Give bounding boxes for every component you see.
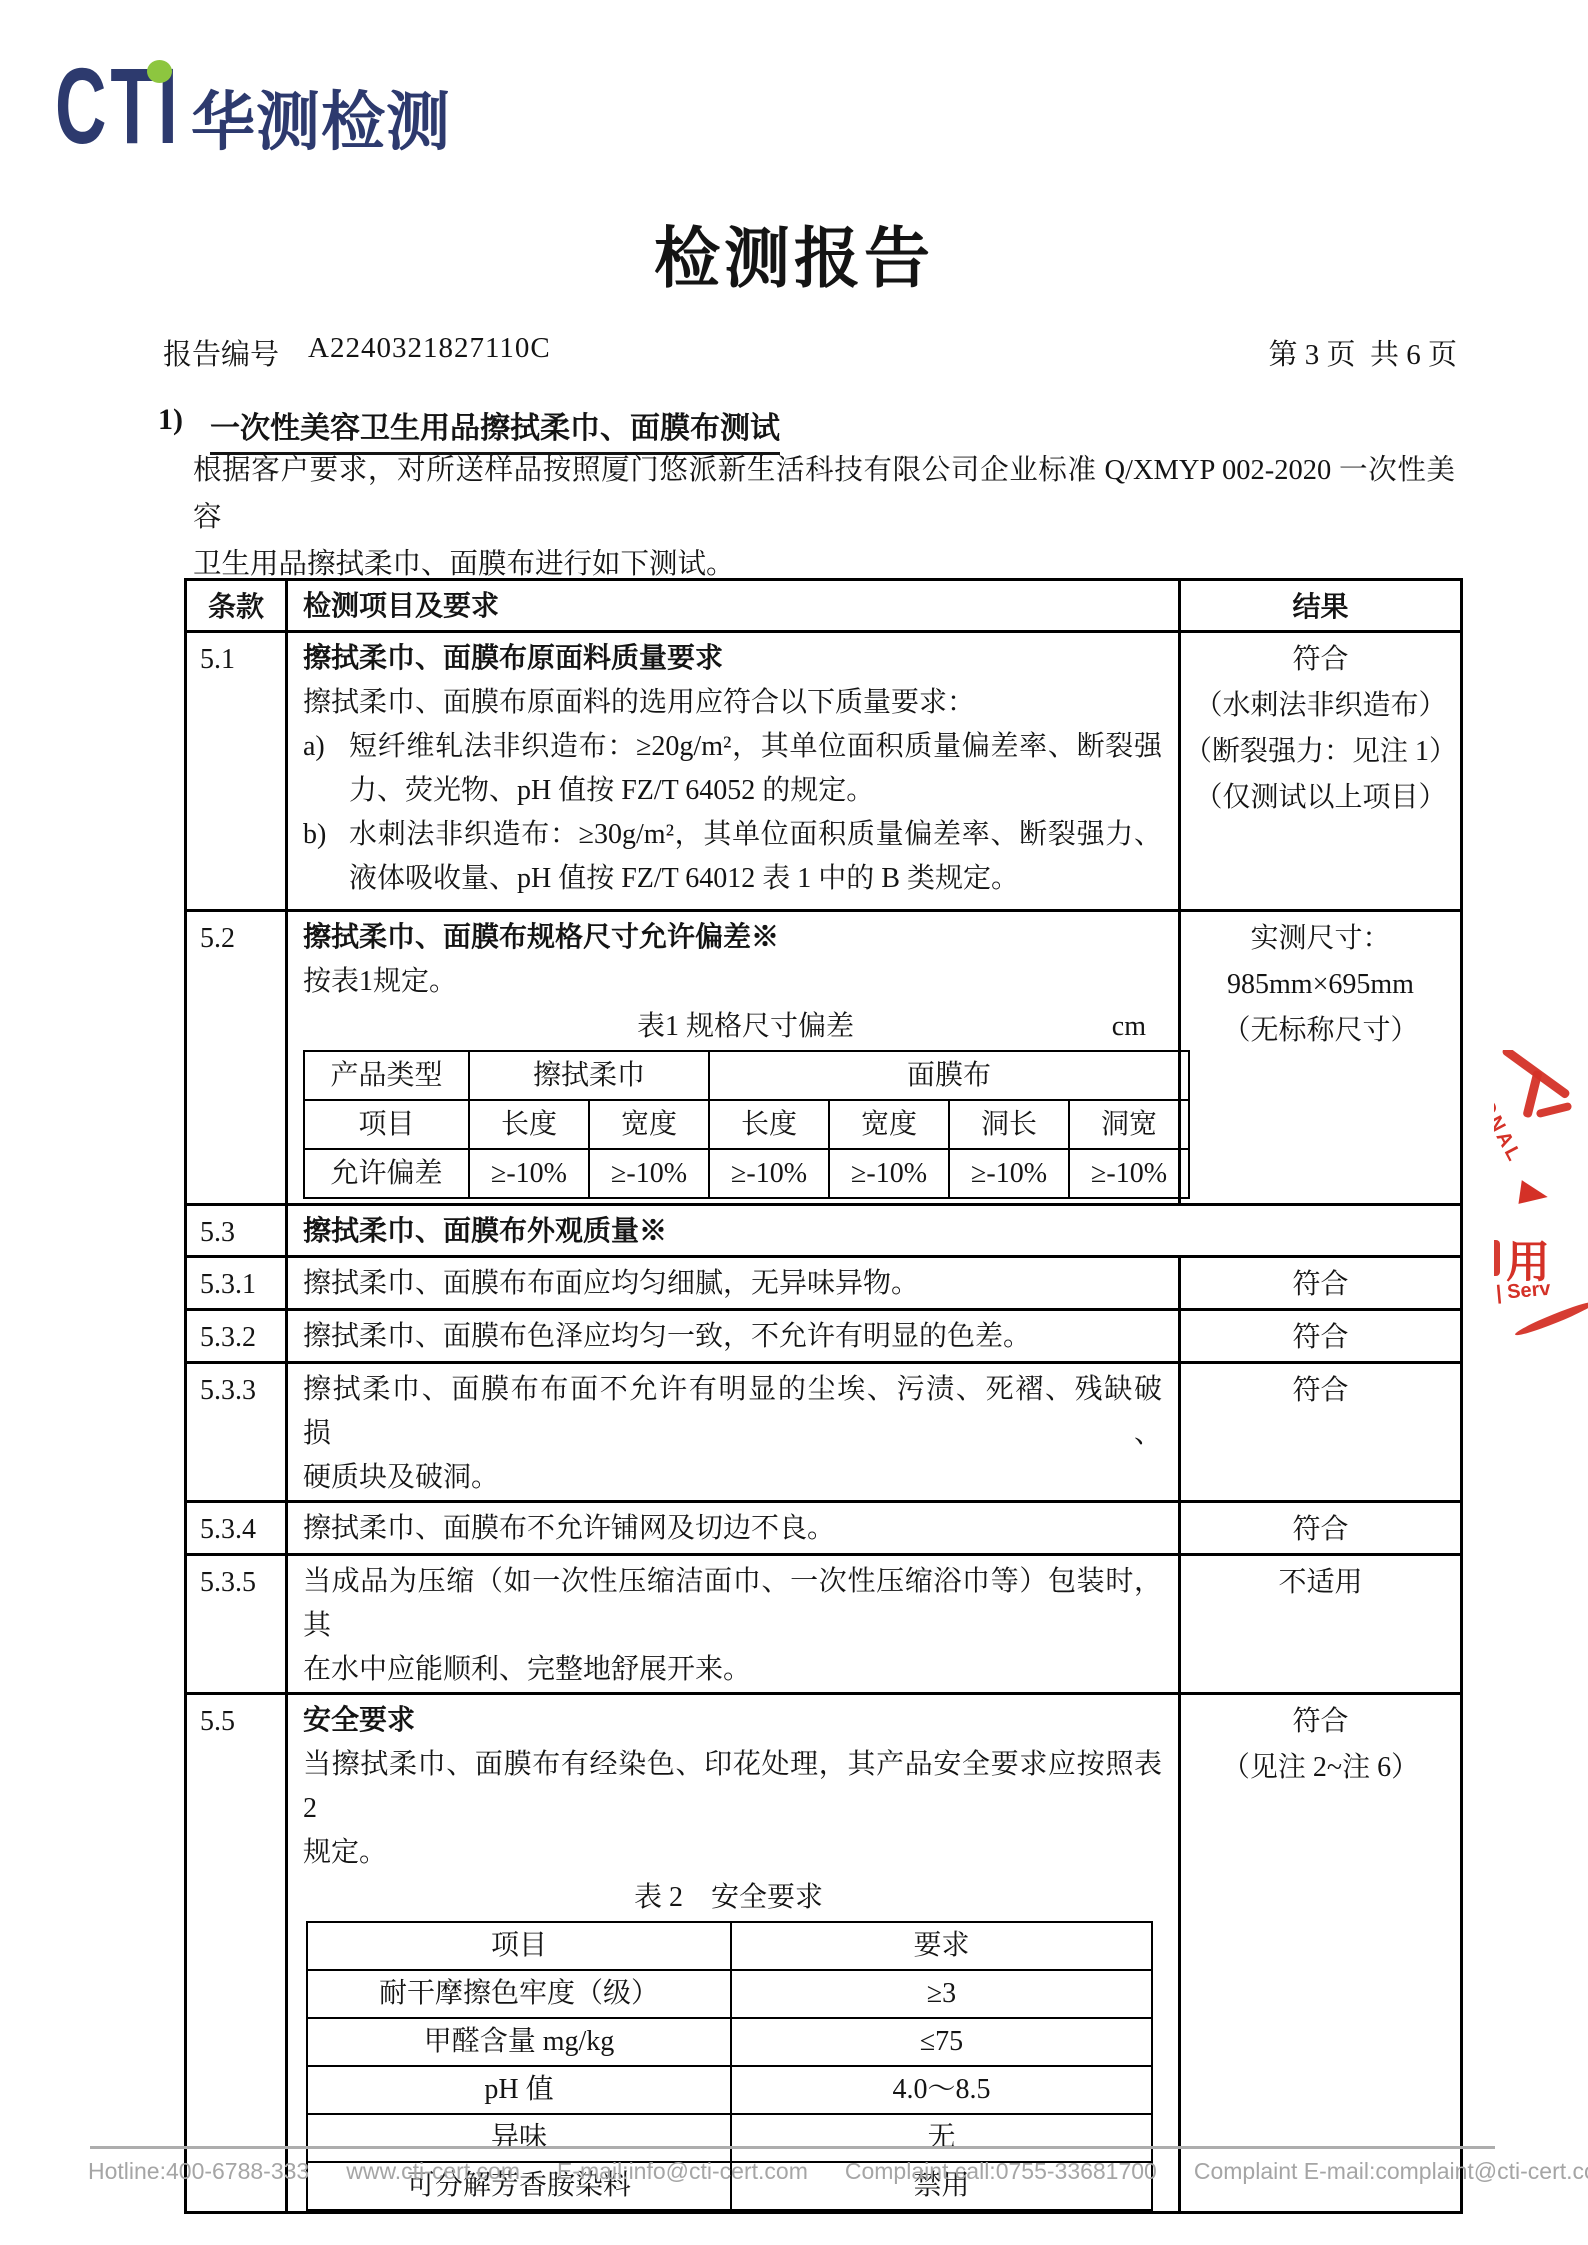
table-cell: 耐干摩擦色牢度（级） xyxy=(307,1970,731,2018)
list-item-b: b) 水刺法非织造布：≥30g/m²，其单位面积质量偏差率、断裂强力、 液体吸收… xyxy=(303,813,1162,901)
item-cell: 擦拭柔巾、面膜布不允许铺网及切边不良。 xyxy=(287,1502,1180,1555)
table-cell: ≥-10% xyxy=(949,1149,1069,1198)
table-cell: ≥-10% xyxy=(709,1149,829,1198)
item-text: 液体吸收量、pH 值按 FZ/T 64012 表 1 中的 B 类规定。 xyxy=(349,857,1162,901)
item-cell: 擦拭柔巾、面膜布规格尺寸允许偏差※ 按表1规定。 表1 规格尺寸偏差 cm 产品… xyxy=(287,911,1180,1205)
page-title: 检测报告 xyxy=(0,205,1588,300)
table1-caption: 表1 规格尺寸偏差 cm xyxy=(303,1004,1188,1050)
table-cell: 要求 xyxy=(731,1922,1152,1970)
item-cell: 擦拭柔巾、面膜布布面不允许有明显的尘埃、污渍、死褶、残缺破损、 硬质块及破洞。 xyxy=(287,1363,1180,1502)
clause-cell: 5.3.5 xyxy=(186,1555,287,1694)
table-row: 异味 无 xyxy=(307,2114,1152,2162)
header-result: 结果 xyxy=(1180,580,1462,632)
test-results-table: 条款 检测项目及要求 结果 5.1 擦拭柔巾、面膜布原面料质量要求 擦拭柔巾、面… xyxy=(184,578,1463,2214)
item-cell: 擦拭柔巾、面膜布外观质量※ xyxy=(287,1205,1462,1257)
result-cell: 符合 xyxy=(1180,1257,1462,1310)
table-row-5-3: 5.3 擦拭柔巾、面膜布外观质量※ xyxy=(186,1205,1462,1257)
table-cell: 产品类型 xyxy=(304,1051,469,1100)
table-cell: pH 值 xyxy=(307,2066,731,2114)
list-text: 短纤维轧法非织造布：≥20g/m²，其单位面积质量偏差率、断裂强 力、荧光物、p… xyxy=(349,725,1162,813)
report-page: CTI 华测检测 检测报告 报告编号 A2240321827110C 第 3 页… xyxy=(0,0,1588,2245)
result-cell: 符合 （水刺法非织造布） （断裂强力：见注 1） （仅测试以上项目） xyxy=(1180,632,1462,911)
result-line: 符合 xyxy=(1181,1699,1460,1745)
result-line: （断裂强力：见注 1） xyxy=(1181,729,1460,775)
result-line: （见注 2~注 6） xyxy=(1181,1745,1460,1791)
table-row: 产品类型 擦拭柔巾 面膜布 xyxy=(304,1051,1189,1100)
item-text: 硬质块及破洞。 xyxy=(303,1456,1162,1500)
list-marker: a) xyxy=(303,725,349,813)
result-line: （无标称尺寸） xyxy=(1181,1008,1460,1054)
list-marker: b) xyxy=(303,813,349,901)
item-text: 水刺法非织造布：≥30g/m²，其单位面积质量偏差率、断裂强力、 xyxy=(349,813,1162,857)
result-line: （水刺法非织造布） xyxy=(1181,683,1460,729)
result-cell: 符合 xyxy=(1180,1310,1462,1363)
stamp-glyph-fragment xyxy=(1494,1240,1500,1276)
footer-email: E-mail:info@cti-cert.com xyxy=(557,2158,808,2185)
clause-cell: 5.3 xyxy=(186,1205,287,1257)
stamp-latin-text: | Serv xyxy=(1495,1278,1551,1306)
item-text: 规定。 xyxy=(303,1831,1162,1875)
clause-cell: 5.3.4 xyxy=(186,1502,287,1555)
list-text: 水刺法非织造布：≥30g/m²，其单位面积质量偏差率、断裂强力、 液体吸收量、p… xyxy=(349,813,1162,901)
cti-logo-chinese: 华测检测 xyxy=(191,90,451,154)
item-title: 擦拭柔巾、面膜布规格尺寸允许偏差※ xyxy=(303,916,1162,960)
footer-website: www.cti-cert.com xyxy=(346,2158,520,2185)
table-cell: 宽度 xyxy=(589,1100,709,1149)
clause-cell: 5.2 xyxy=(186,911,287,1205)
result-line: 符合 xyxy=(1181,637,1460,683)
footer-hotline: Hotline:400-6788-333 xyxy=(88,2158,309,2185)
footer-complaint-email: Complaint E-mail:complaint@cti-cert.com xyxy=(1194,2158,1588,2185)
result-cell: 符合 （见注 2~注 6） xyxy=(1180,1694,1462,2213)
stamp-arc-text: ONAL xyxy=(1494,1096,1526,1167)
item-cell: 当成品为压缩（如一次性压缩洁面巾、一次性压缩浴巾等）包装时，其 在水中应能顺利、… xyxy=(287,1555,1180,1694)
item-text: 当成品为压缩（如一次性压缩洁面巾、一次性压缩浴巾等）包装时，其 xyxy=(303,1560,1162,1648)
table-row-5-3-4: 5.3.4 擦拭柔巾、面膜布不允许铺网及切边不良。 符合 xyxy=(186,1502,1462,1555)
table-row-5-3-2: 5.3.2 擦拭柔巾、面膜布色泽应均匀一致，不允许有明显的色差。 符合 xyxy=(186,1310,1462,1363)
clause-cell: 5.3.2 xyxy=(186,1310,287,1363)
header-item: 检测项目及要求 xyxy=(287,580,1180,632)
table-cell: 长度 xyxy=(709,1100,829,1149)
item-cell: 擦拭柔巾、面膜布原面料质量要求 擦拭柔巾、面膜布原面料的选用应符合以下质量要求：… xyxy=(287,632,1180,911)
list-item-a: a) 短纤维轧法非织造布：≥20g/m²，其单位面积质量偏差率、断裂强 力、荧光… xyxy=(303,725,1162,813)
result-cell: 实测尺寸： 985mm×695mm （无标称尺寸） xyxy=(1180,911,1462,1205)
item-text: 力、荧光物、pH 值按 FZ/T 64052 的规定。 xyxy=(349,769,1162,813)
table-row-5-2: 5.2 擦拭柔巾、面膜布规格尺寸允许偏差※ 按表1规定。 表1 规格尺寸偏差 c… xyxy=(186,911,1462,1205)
table-row: 项目 要求 xyxy=(307,1922,1152,1970)
table-cell: ≥-10% xyxy=(469,1149,589,1198)
item-cell: 安全要求 当擦拭柔巾、面膜布有经染色、印花处理，其产品安全要求应按照表 2 规定… xyxy=(287,1694,1180,2213)
result-line: （仅测试以上项目） xyxy=(1181,775,1460,821)
table-cell: 异味 xyxy=(307,2114,731,2162)
table-row-5-5: 5.5 安全要求 当擦拭柔巾、面膜布有经染色、印花处理，其产品安全要求应按照表 … xyxy=(186,1694,1462,2213)
result-cell: 符合 xyxy=(1180,1502,1462,1555)
table-row-5-1: 5.1 擦拭柔巾、面膜布原面料质量要求 擦拭柔巾、面膜布原面料的选用应符合以下质… xyxy=(186,632,1462,911)
item-text: 擦拭柔巾、面膜布布面不允许有明显的尘埃、污渍、死褶、残缺破损、 xyxy=(303,1368,1162,1456)
table-cell: ≥-10% xyxy=(589,1149,709,1198)
caption-text: 表1 规格尺寸偏差 xyxy=(637,1011,854,1042)
table2-caption: 表 2 安全要求 xyxy=(306,1875,1151,1921)
report-number-value: A2240321827110C xyxy=(308,332,551,365)
table-cell: 允许偏差 xyxy=(304,1149,469,1198)
table-row: 甲醛含量 mg/kg ≤75 xyxy=(307,2018,1152,2066)
clause-cell: 5.3.3 xyxy=(186,1363,287,1502)
item-text: 短纤维轧法非织造布：≥20g/m²，其单位面积质量偏差率、断裂强 xyxy=(349,725,1162,769)
item-text: 擦拭柔巾、面膜布原面料的选用应符合以下质量要求： xyxy=(303,681,1162,725)
table-cell: ≤75 xyxy=(731,2018,1152,2066)
table-row: 允许偏差 ≥-10% ≥-10% ≥-10% ≥-10% ≥-10% ≥-10% xyxy=(304,1149,1189,1198)
item-text: 在水中应能顺利、完整地舒展开来。 xyxy=(303,1648,1162,1692)
section-number: 1) xyxy=(158,403,183,437)
cti-logo: CTI 华测检测 xyxy=(55,52,247,182)
size-deviation-table: 产品类型 擦拭柔巾 面膜布 项目 长度 宽度 长度 宽度 洞长 洞宽 允 xyxy=(303,1050,1190,1199)
table-cell: 甲醛含量 mg/kg xyxy=(307,2018,731,2066)
item-cell: 擦拭柔巾、面膜布色泽应均匀一致，不允许有明显的色差。 xyxy=(287,1310,1180,1363)
caption-unit: cm xyxy=(1112,1004,1146,1050)
stamp-glyph-fragment xyxy=(1536,1102,1573,1118)
table-cell: 擦拭柔巾 xyxy=(469,1051,709,1100)
table-header-row: 条款 检测项目及要求 结果 xyxy=(186,580,1462,632)
item-cell: 擦拭柔巾、面膜布布面应均匀细腻，无异味异物。 xyxy=(287,1257,1180,1310)
result-line: 985mm×695mm xyxy=(1181,962,1460,1008)
footer-complaint-call: Complaint call:0755-33681700 xyxy=(845,2158,1157,2185)
item-text: 按表1规定。 xyxy=(303,960,1162,1004)
item-title: 擦拭柔巾、面膜布原面料质量要求 xyxy=(303,637,1162,681)
footer: Hotline:400-6788-333 www.cti-cert.com E-… xyxy=(88,2158,1528,2185)
cti-logo-green-dot-icon xyxy=(147,60,172,83)
table-cell: 4.0～8.5 xyxy=(731,2066,1152,2114)
section-intro: 根据客户要求，对所送样品按照厦门悠派新生活科技有限公司企业标准 Q/XMYP 0… xyxy=(193,447,1455,588)
clause-cell: 5.1 xyxy=(186,632,287,911)
stamp-arc-fragment xyxy=(1513,1298,1588,1339)
report-number-label: 报告编号 xyxy=(163,332,279,373)
result-cell: 符合 xyxy=(1180,1363,1462,1502)
item-title: 安全要求 xyxy=(303,1699,1162,1743)
stamp-triangle-icon xyxy=(1518,1180,1549,1208)
table-cell: ≥3 xyxy=(731,1970,1152,2018)
table-cell: ≥-10% xyxy=(829,1149,949,1198)
clause-cell: 5.3.1 xyxy=(186,1257,287,1310)
page-indicator: 第 3 页 共 6 页 xyxy=(1268,332,1457,373)
table-row: 耐干摩擦色牢度（级） ≥3 xyxy=(307,1970,1152,2018)
table-row-5-3-3: 5.3.3 擦拭柔巾、面膜布布面不允许有明显的尘埃、污渍、死褶、残缺破损、 硬质… xyxy=(186,1363,1462,1502)
report-meta-row: 报告编号 A2240321827110C 第 3 页 共 6 页 xyxy=(0,332,1588,372)
table-row: pH 值 4.0～8.5 xyxy=(307,2066,1152,2114)
item-text: 当擦拭柔巾、面膜布有经染色、印花处理，其产品安全要求应按照表 2 xyxy=(303,1743,1162,1831)
table-cell: 洞宽 xyxy=(1069,1100,1189,1149)
header-clause: 条款 xyxy=(186,580,287,632)
result-cell: 不适用 xyxy=(1180,1555,1462,1694)
partial-red-stamp: ONAL 用 | Serv xyxy=(1494,1050,1588,1342)
footer-divider xyxy=(90,2146,1495,2149)
table-cell: 无 xyxy=(731,2114,1152,2162)
table-cell: 长度 xyxy=(469,1100,589,1149)
table-row: 项目 长度 宽度 长度 宽度 洞长 洞宽 xyxy=(304,1100,1189,1149)
table-cell: 宽度 xyxy=(829,1100,949,1149)
clause-cell: 5.5 xyxy=(186,1694,287,2213)
table-cell: 项目 xyxy=(304,1100,469,1149)
table-row-5-3-5: 5.3.5 当成品为压缩（如一次性压缩洁面巾、一次性压缩浴巾等）包装时，其 在水… xyxy=(186,1555,1462,1694)
result-line: 实测尺寸： xyxy=(1181,916,1460,962)
table-cell: ≥-10% xyxy=(1069,1149,1189,1198)
table-cell: 洞长 xyxy=(949,1100,1069,1149)
table-cell: 项目 xyxy=(307,1922,731,1970)
table-cell: 面膜布 xyxy=(709,1051,1189,1100)
intro-line: 根据客户要求，对所送样品按照厦门悠派新生活科技有限公司企业标准 Q/XMYP 0… xyxy=(193,447,1455,541)
table-row-5-3-1: 5.3.1 擦拭柔巾、面膜布布面应均匀细腻，无异味异物。 符合 xyxy=(186,1257,1462,1310)
